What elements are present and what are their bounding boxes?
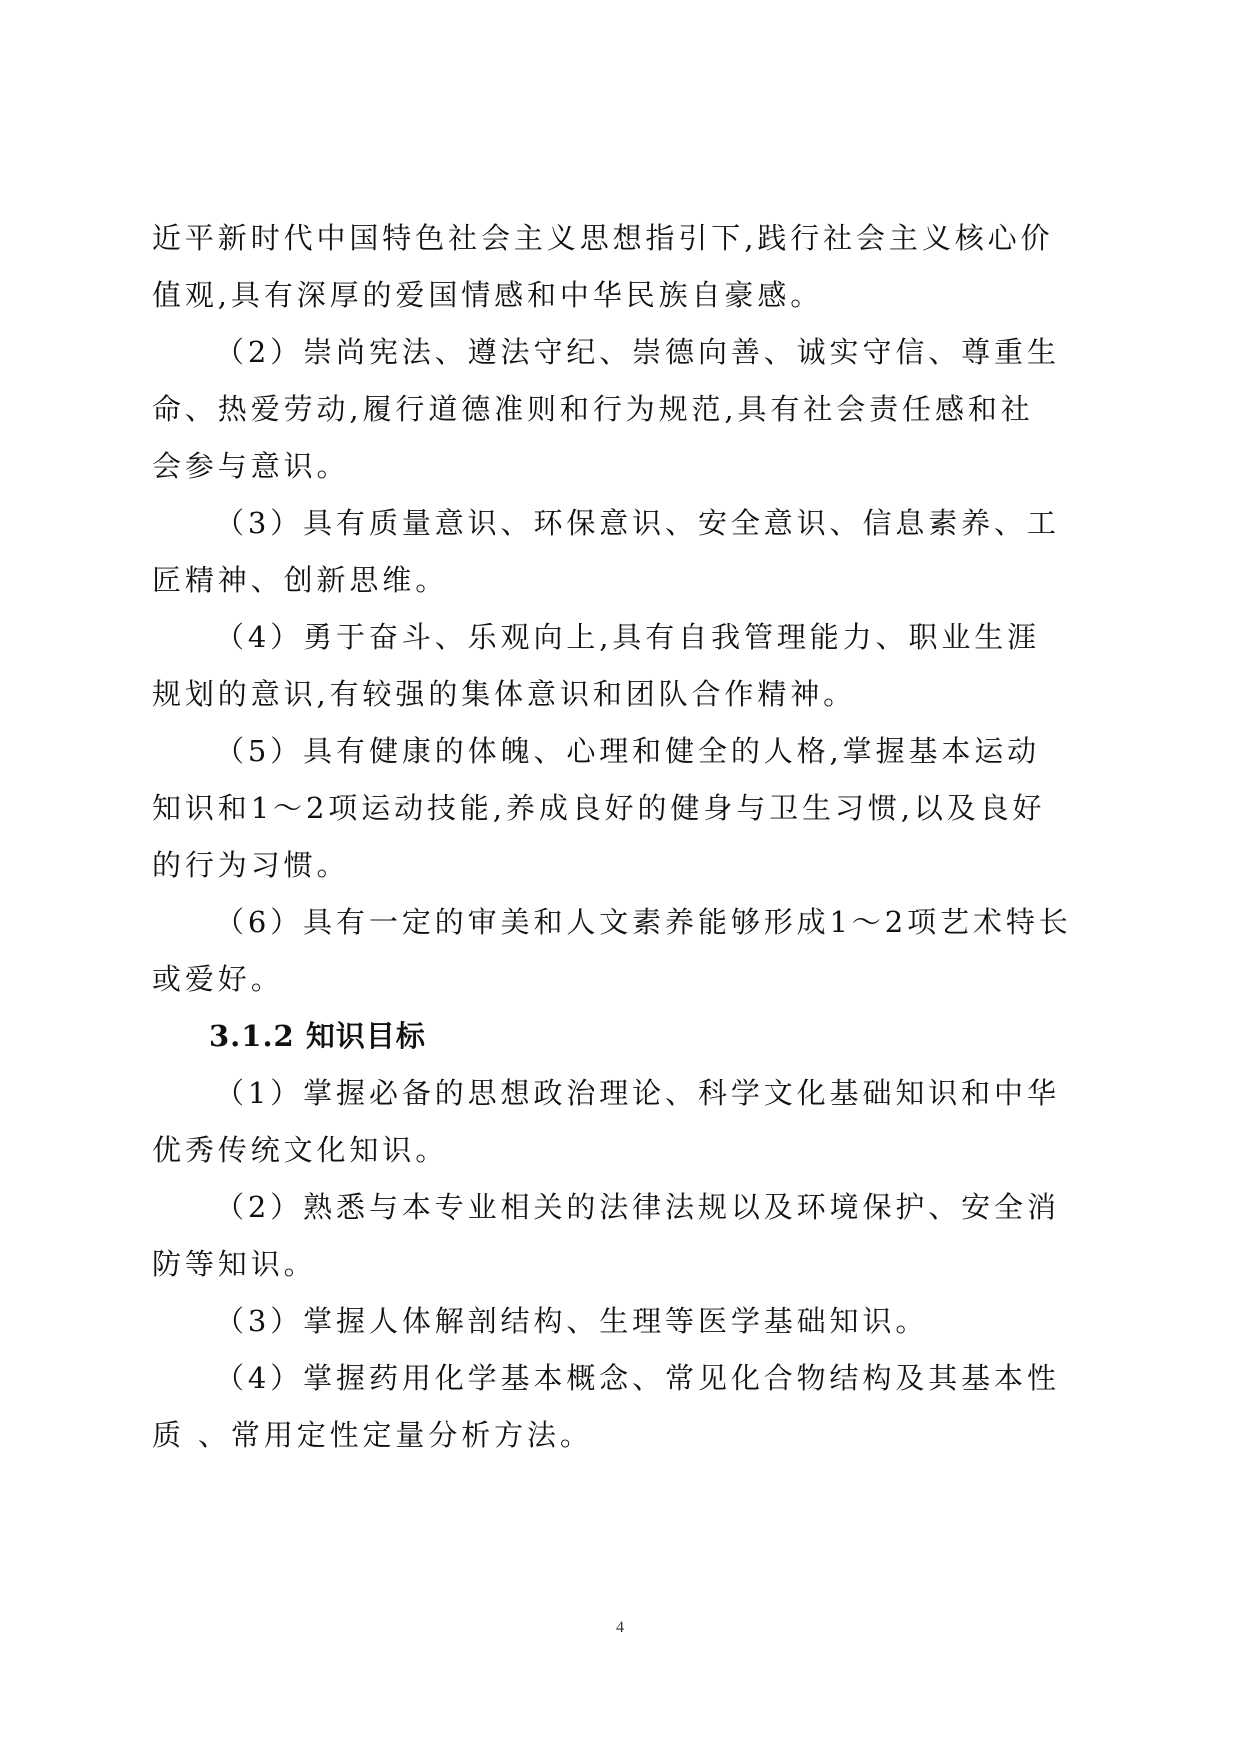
paragraph-line: 匠精神、创新思维。 <box>152 560 972 600</box>
paragraph-line: 近平新时代中国特色社会主义思想指引下,践行社会主义核心价 <box>152 218 972 258</box>
list-item-line: （2）崇尚宪法、遵法守纪、崇德向善、诚实守信、尊重生 <box>215 332 972 372</box>
list-item-line: （4）掌握药用化学基本概念、常见化合物结构及其基本性 <box>215 1358 972 1398</box>
section-heading: 3.1.2 知识目标 <box>209 1016 426 1056</box>
document-page: 近平新时代中国特色社会主义思想指引下,践行社会主义核心价 值观,具有深厚的爱国情… <box>0 0 1240 1754</box>
list-item-line: （4）勇于奋斗、乐观向上,具有自我管理能力、职业生涯 <box>215 617 972 657</box>
paragraph-line: 知识和1～2项运动技能,养成良好的健身与卫生习惯,以及良好 <box>152 788 972 828</box>
paragraph-line: 或爱好。 <box>152 959 972 999</box>
list-item-line: （3）具有质量意识、环保意识、安全意识、信息素养、工 <box>215 503 972 543</box>
paragraph-line: 规划的意识,有较强的集体意识和团队合作精神。 <box>152 674 972 714</box>
paragraph-line: 的行为习惯。 <box>152 845 972 885</box>
list-item-line: （1）掌握必备的思想政治理论、科学文化基础知识和中华 <box>215 1073 972 1113</box>
paragraph-line: 优秀传统文化知识。 <box>152 1130 972 1170</box>
paragraph-line: 会参与意识。 <box>152 446 972 486</box>
paragraph-line: 值观,具有深厚的爱国情感和中华民族自豪感。 <box>152 275 972 315</box>
paragraph-line: 命、热爱劳动,履行道德准则和行为规范,具有社会责任感和社 <box>152 389 972 429</box>
list-item-line: （3）掌握人体解剖结构、生理等医学基础知识。 <box>215 1301 972 1341</box>
paragraph-line: 质 、常用定性定量分析方法。 <box>152 1415 972 1455</box>
paragraph-line: 防等知识。 <box>152 1244 972 1284</box>
list-item-line: （6）具有一定的审美和人文素养能够形成1～2项艺术特长 <box>215 902 972 942</box>
list-item-line: （2）熟悉与本专业相关的法律法规以及环境保护、安全消 <box>215 1187 972 1227</box>
page-number: 4 <box>0 1618 1240 1638</box>
list-item-line: （5）具有健康的体魄、心理和健全的人格,掌握基本运动 <box>215 731 972 771</box>
